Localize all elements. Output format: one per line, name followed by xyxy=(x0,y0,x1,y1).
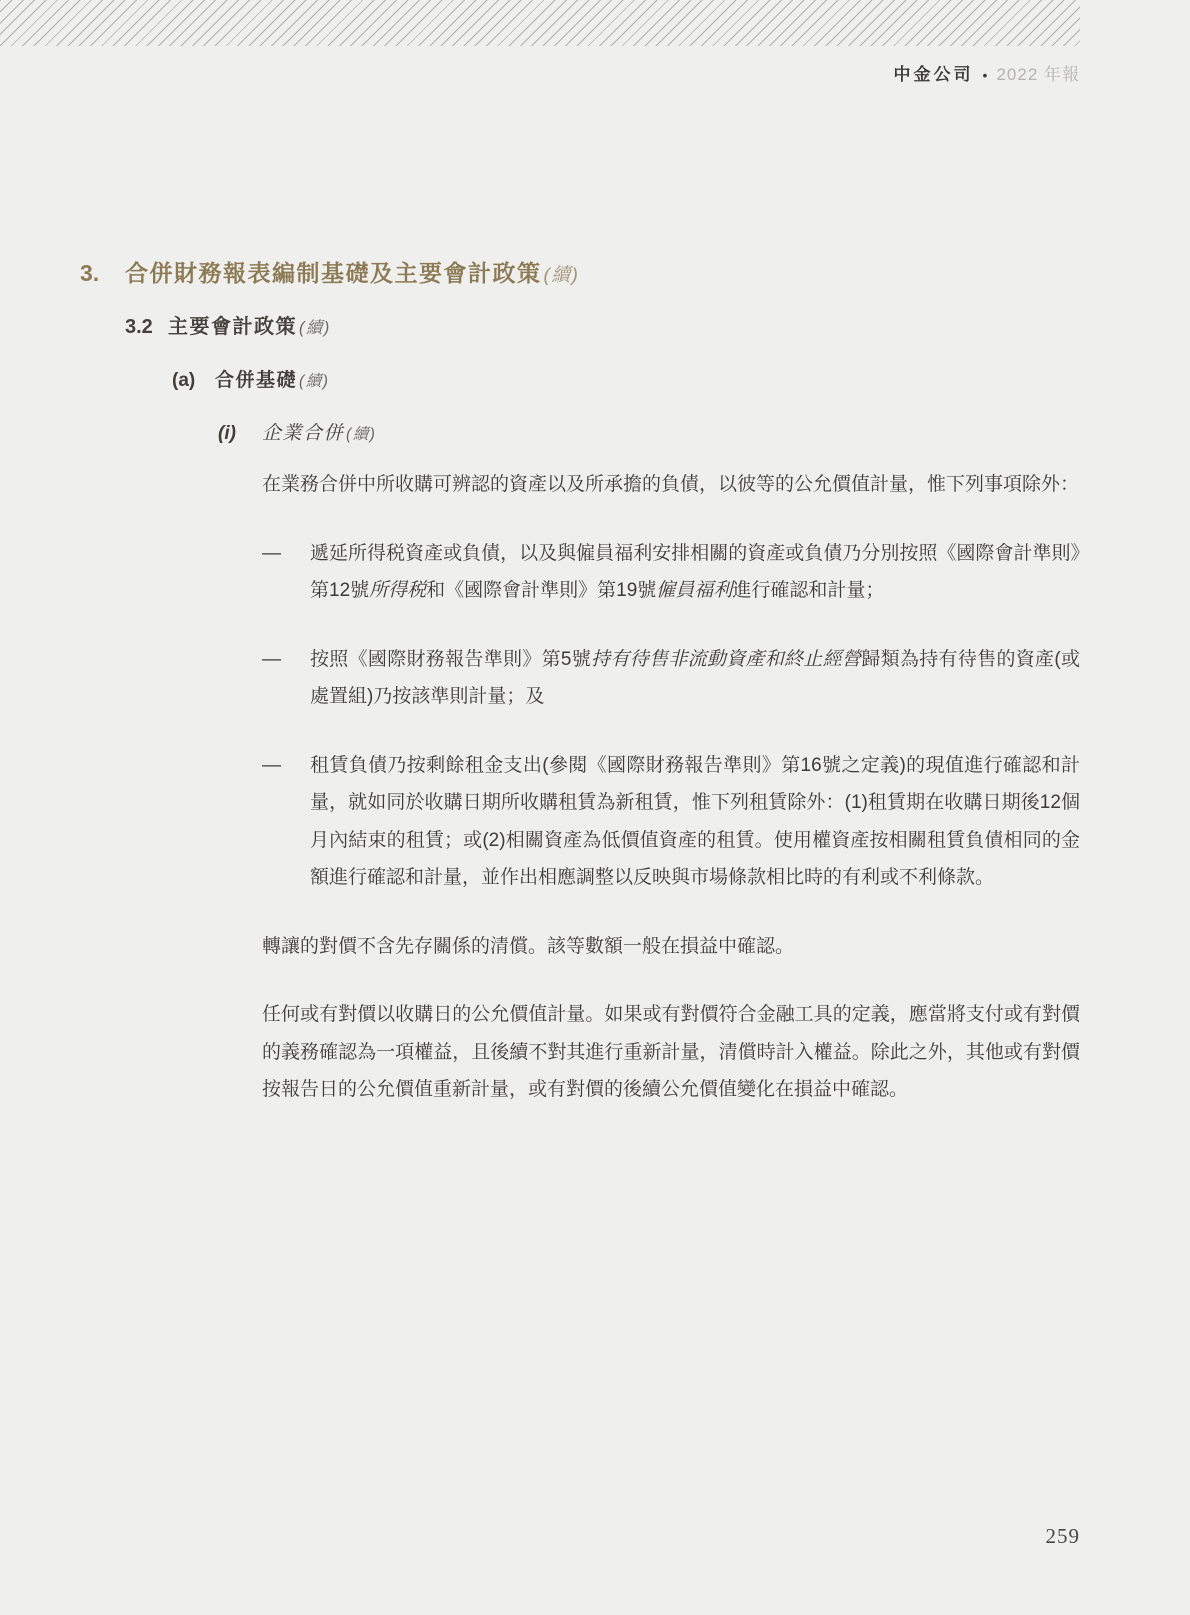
bullet-item-deferred-tax: — 遞延所得税資產或負債，以及與僱員福利安排相關的資產或負債乃分別按照《國際會計… xyxy=(262,535,1080,610)
section-number: (a) xyxy=(172,370,215,392)
main-content: 3. 合併財務報表編制基礎及主要會計政策(續) 3.2 主要會計政策(續) (a… xyxy=(0,255,1080,1140)
section-heading-level1: 3. 合併財務報表編制基礎及主要會計政策(續) xyxy=(0,255,1080,288)
decorative-hatch-band xyxy=(0,0,1080,46)
bullet-text: 按照《國際財務報告準則》第5號持有待售非流動資產和終止經營歸類為持有待售的資產(… xyxy=(310,641,1080,716)
header-bullet-separator: • xyxy=(983,67,988,83)
bullet-dash: — xyxy=(262,747,310,897)
report-page: { "meta": { "background_color": "#efefed… xyxy=(0,0,1190,1615)
section-title: 合併基礎(續) xyxy=(215,365,329,392)
section-number: 3.2 xyxy=(125,316,168,339)
bullet-dash: — xyxy=(262,535,310,610)
section-heading-level2: 3.2 主要會計政策(續) xyxy=(0,310,1080,339)
section-heading-level3: (a) 合併基礎(續) xyxy=(0,365,1080,392)
section-heading-level4: (i) 企業合併(續) xyxy=(0,418,1080,445)
report-year-label: 2022 年報 xyxy=(996,65,1080,84)
section-number: (i) xyxy=(218,423,262,445)
continued-suffix: (續) xyxy=(299,319,331,337)
section-title: 企業合併(續) xyxy=(262,418,376,445)
continued-suffix: (續) xyxy=(299,373,329,390)
bullet-item-held-for-sale: — 按照《國際財務報告準則》第5號持有待售非流動資產和終止經營歸類為持有待售的資… xyxy=(262,641,1080,716)
page-number: 259 xyxy=(0,1524,1080,1549)
section-title: 合併財務報表編制基礎及主要會計政策(續) xyxy=(125,255,579,288)
body-text-block: 在業務合併中所收購可辨認的資產以及所承擔的負債，以彼等的公允價值計量，惟下列事項… xyxy=(262,466,1080,1109)
bullet-dash: — xyxy=(262,641,310,716)
company-name: 中金公司 xyxy=(894,65,974,84)
settlement-paragraph: 轉讓的對價不含先存關係的清償。該等數額一般在損益中確認。 xyxy=(262,928,1080,966)
bullet-text: 遞延所得税資產或負債，以及與僱員福利安排相關的資產或負債乃分別按照《國際會計準則… xyxy=(310,535,1080,610)
page-header: 中金公司•2022 年報 xyxy=(0,60,1080,85)
section-number: 3. xyxy=(80,260,125,287)
continued-suffix: (續) xyxy=(544,264,580,285)
section-title: 主要會計政策(續) xyxy=(168,310,331,339)
contingent-consideration-paragraph: 任何或有對價以收購日的公允價值計量。如果或有對價符合金融工具的定義，應當將支付或… xyxy=(262,996,1080,1109)
continued-suffix: (續) xyxy=(346,426,376,443)
intro-paragraph: 在業務合併中所收購可辨認的資產以及所承擔的負債，以彼等的公允價值計量，惟下列事項… xyxy=(262,466,1080,504)
bullet-item-lease-liability: — 租賃負債乃按剩餘租金支出(參閱《國際財務報告準則》第16號之定義)的現值進行… xyxy=(262,747,1080,897)
bullet-text: 租賃負債乃按剩餘租金支出(參閱《國際財務報告準則》第16號之定義)的現值進行確認… xyxy=(310,747,1080,897)
